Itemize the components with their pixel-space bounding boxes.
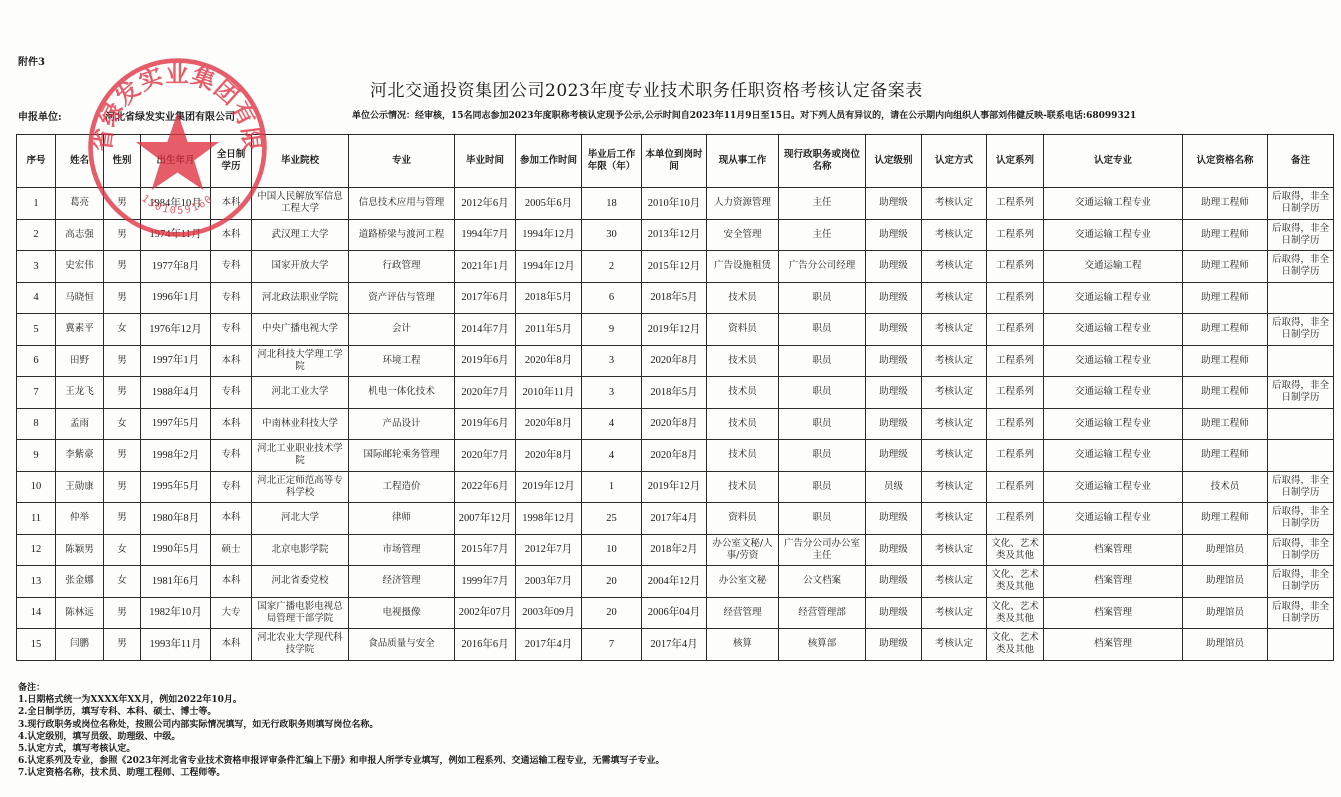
table-cell: 助理级 <box>866 503 922 535</box>
table-cell: 30 <box>582 219 642 251</box>
column-header: 认定系列 <box>987 135 1044 188</box>
table-cell: 1 <box>582 471 642 503</box>
table-cell: 道路桥梁与渡河工程 <box>349 219 455 251</box>
table-cell: 助理级 <box>866 534 922 566</box>
table-cell: 助理馆员 <box>1183 629 1268 661</box>
table-cell: 北京电影学院 <box>252 534 349 566</box>
table-cell: 国家开放大学 <box>252 251 349 283</box>
table-cell: 助理工程师 <box>1183 377 1268 409</box>
table-cell: 河北工业大学 <box>252 377 349 409</box>
table-cell: 工程造价 <box>349 471 455 503</box>
table-cell: 3 <box>582 345 642 377</box>
table-cell: 1993年11月 <box>141 629 211 661</box>
table-cell: 会计 <box>349 314 455 346</box>
remarks-heading: 备注： <box>18 682 664 694</box>
table-cell: 助理级 <box>866 408 922 440</box>
table-cell: 2006年04月 <box>642 597 707 629</box>
table-cell: 后取得，非全日制学历 <box>1268 534 1334 566</box>
table-cell: 2017年4月 <box>642 629 707 661</box>
table-cell: 本科 <box>211 503 252 535</box>
table-cell: 助理级 <box>866 566 922 598</box>
table-cell: 男 <box>104 597 141 629</box>
table-cell: 1976年12月 <box>141 314 211 346</box>
table-cell: 男 <box>104 188 141 220</box>
table-cell: 文化、艺术类及其他 <box>987 534 1044 566</box>
table-cell: 河北正定师范高等专科学校 <box>252 471 349 503</box>
table-cell: 2015年12月 <box>642 251 707 283</box>
table-cell: 交通运输工程专业 <box>1044 219 1183 251</box>
table-cell: 员级 <box>866 471 922 503</box>
table-cell: 核算 <box>707 629 779 661</box>
table-cell: 2011年5月 <box>516 314 582 346</box>
table-cell: 交通运输工程专业 <box>1044 282 1183 314</box>
table-cell: 职员 <box>779 377 866 409</box>
table-cell: 信息技术应用与管理 <box>349 188 455 220</box>
table-cell: 后取得，非全日制学历 <box>1268 188 1334 220</box>
table-cell: 考核认定 <box>922 377 987 409</box>
table-cell: 河北科技大学理工学院 <box>252 345 349 377</box>
table-cell: 1995年5月 <box>141 471 211 503</box>
table-cell: 2022年6月 <box>455 471 516 503</box>
remark-item: 2.全日制学历，填写专科、本科、硕士、博士等。 <box>18 706 664 718</box>
table-cell: 张金娜 <box>56 566 104 598</box>
remark-item: 7.认定资格名称，技术员、助理工程师、工程师等。 <box>18 767 664 779</box>
table-cell: 广告分公司经理 <box>779 251 866 283</box>
table-cell: 9 <box>17 440 56 472</box>
column-header: 毕业后工作年限（年） <box>582 135 642 188</box>
filing-table: 序号姓名性别出生年月全日制学历毕业院校专业毕业时间参加工作时间毕业后工作年限（年… <box>16 134 1334 661</box>
table-cell: 1998年12月 <box>516 503 582 535</box>
table-cell: 2007年12月 <box>455 503 516 535</box>
table-cell: 技术员 <box>707 471 779 503</box>
table-cell: 助理级 <box>866 188 922 220</box>
table-cell: 男 <box>104 471 141 503</box>
table-cell: 孟雨 <box>56 408 104 440</box>
table-cell: 女 <box>104 408 141 440</box>
table-cell: 2020年8月 <box>516 345 582 377</box>
table-cell: 交通运输工程专业 <box>1044 471 1183 503</box>
table-cell: 2018年5月 <box>642 282 707 314</box>
table-cell: 5 <box>17 314 56 346</box>
table-cell: 助理工程师 <box>1183 408 1268 440</box>
table-cell: 2017年4月 <box>516 629 582 661</box>
table-cell: 2005年6月 <box>516 188 582 220</box>
table-cell: 后取得，非全日制学历 <box>1268 219 1334 251</box>
table-cell: 葛亮 <box>56 188 104 220</box>
table-cell: 考核认定 <box>922 440 987 472</box>
table-cell: 考核认定 <box>922 597 987 629</box>
table-cell: 2 <box>582 251 642 283</box>
table-cell: 工程系列 <box>987 345 1044 377</box>
table-cell: 助理级 <box>866 282 922 314</box>
table-cell: 广告设施租赁 <box>707 251 779 283</box>
table-cell: 2020年7月 <box>455 440 516 472</box>
table-cell: 文化、艺术类及其他 <box>987 629 1044 661</box>
table-cell: 10 <box>582 534 642 566</box>
table-cell: 经营管理部 <box>779 597 866 629</box>
table-cell: 2012年6月 <box>455 188 516 220</box>
column-header: 序号 <box>17 135 56 188</box>
public-notice: 单位公示情况：经审核，15名同志参加2023年度职称考核认定现予公示,公示时间自… <box>352 108 1136 121</box>
remark-item: 1.日期格式统一为XXXX年XX月，例如2022年10月。 <box>18 694 664 706</box>
table-cell: 后取得，非全日制学历 <box>1268 566 1334 598</box>
column-header: 认定资格名称 <box>1183 135 1268 188</box>
table-cell <box>1268 345 1334 377</box>
table-cell: 工程系列 <box>987 282 1044 314</box>
table-cell: 国家广播电影电视总局管理干部学院 <box>252 597 349 629</box>
table-cell <box>1268 440 1334 472</box>
table-cell: 助理级 <box>866 219 922 251</box>
table-cell: 2010年10月 <box>642 188 707 220</box>
table-cell: 1980年8月 <box>141 503 211 535</box>
table-cell: 1994年12月 <box>516 219 582 251</box>
table-cell: 考核认定 <box>922 282 987 314</box>
table-cell: 主任 <box>779 188 866 220</box>
table-cell: 技术员 <box>707 440 779 472</box>
table-cell: 河北农业大学现代科技学院 <box>252 629 349 661</box>
table-cell: 行政管理 <box>349 251 455 283</box>
table-cell: 律师 <box>349 503 455 535</box>
table-cell: 后取得，非全日制学历 <box>1268 503 1334 535</box>
table-cell: 考核认定 <box>922 251 987 283</box>
table-cell: 男 <box>104 629 141 661</box>
document-title: 河北交通投资集团公司2023年度专业技术职务任职资格考核认定备案表 <box>370 76 923 101</box>
table-cell: 马晓恒 <box>56 282 104 314</box>
table-cell: 1988年4月 <box>141 377 211 409</box>
table-row: 8孟雨女1997年5月本科中南林业科技大学产品设计2019年6月2020年8月4… <box>17 408 1334 440</box>
table-cell: 8 <box>17 408 56 440</box>
table-cell: 交通运输工程专业 <box>1044 377 1183 409</box>
table-cell: 工程系列 <box>987 219 1044 251</box>
table-cell: 考核认定 <box>922 188 987 220</box>
table-cell: 助理馆员 <box>1183 534 1268 566</box>
table-cell: 2020年8月 <box>516 440 582 472</box>
table-cell: 3 <box>582 377 642 409</box>
table-cell: 考核认定 <box>922 314 987 346</box>
column-header: 专业 <box>349 135 455 188</box>
table-cell: 后取得，非全日制学历 <box>1268 251 1334 283</box>
attachment-label: 附件3 <box>18 53 45 68</box>
table-cell: 助理工程师 <box>1183 219 1268 251</box>
table-cell: 9 <box>582 314 642 346</box>
table-row: 6田野男1997年1月本科河北科技大学理工学院环境工程2019年6月2020年8… <box>17 345 1334 377</box>
column-header: 性别 <box>104 135 141 188</box>
table-cell: 2 <box>17 219 56 251</box>
table-cell: 专科 <box>211 282 252 314</box>
table-row: 14陈林远男1982年10月大专国家广播电影电视总局管理干部学院电视摄像2002… <box>17 597 1334 629</box>
table-row: 9李紫豪男1998年2月专科河北工业职业技术学院国际邮轮乘务管理2020年7月2… <box>17 440 1334 472</box>
column-header: 认定专业 <box>1044 135 1183 188</box>
table-cell: 中央广播电视大学 <box>252 314 349 346</box>
table-cell: 职员 <box>779 345 866 377</box>
table-cell: 2017年6月 <box>455 282 516 314</box>
table-cell: 1994年7月 <box>455 219 516 251</box>
table-cell: 专科 <box>211 377 252 409</box>
table-cell: 档案管理 <box>1044 534 1183 566</box>
table-row: 2高志强男1974年11月本科武汉理工大学道路桥梁与渡河工程1994年7月199… <box>17 219 1334 251</box>
table-cell: 经济管理 <box>349 566 455 598</box>
table-cell: 机电一体化技术 <box>349 377 455 409</box>
table-cell: 本科 <box>211 408 252 440</box>
table-cell: 18 <box>582 188 642 220</box>
table-cell: 考核认定 <box>922 503 987 535</box>
table-cell: 15 <box>17 629 56 661</box>
table-cell: 2020年8月 <box>642 440 707 472</box>
table-cell: 助理级 <box>866 314 922 346</box>
table-cell: 男 <box>104 377 141 409</box>
table-cell: 1982年10月 <box>141 597 211 629</box>
table-cell: 陈颖男 <box>56 534 104 566</box>
table-cell: 交通运输工程专业 <box>1044 314 1183 346</box>
table-cell: 工程系列 <box>987 503 1044 535</box>
table-cell: 档案管理 <box>1044 629 1183 661</box>
table-cell: 产品设计 <box>349 408 455 440</box>
table-cell: 女 <box>104 566 141 598</box>
table-cell: 2019年12月 <box>642 471 707 503</box>
table-cell: 2017年4月 <box>642 503 707 535</box>
column-header: 认定级别 <box>866 135 922 188</box>
table-cell: 资料员 <box>707 503 779 535</box>
table-cell: 后取得，非全日制学历 <box>1268 314 1334 346</box>
table-cell: 2002年07月 <box>455 597 516 629</box>
table-cell: 工程系列 <box>987 188 1044 220</box>
remarks: 备注： 1.日期格式统一为XXXX年XX月，例如2022年10月。2.全日制学历… <box>18 682 664 780</box>
table-cell: 2018年5月 <box>642 377 707 409</box>
table-row: 15闫鹏男1993年11月本科河北农业大学现代科技学院食品质量与安全2016年6… <box>17 629 1334 661</box>
table-row: 12陈颖男女1990年5月硕士北京电影学院市场管理2015年7月2012年7月1… <box>17 534 1334 566</box>
table-cell: 12 <box>17 534 56 566</box>
table-row: 13张金娜女1981年6月本科河北省委党校经济管理1999年7月2003年7月2… <box>17 566 1334 598</box>
table-cell: 核算部 <box>779 629 866 661</box>
table-cell: 7 <box>582 629 642 661</box>
table-cell: 助理工程师 <box>1183 314 1268 346</box>
table-cell: 考核认定 <box>922 534 987 566</box>
table-cell: 2020年8月 <box>642 345 707 377</box>
table-cell: 中国人民解放军信息工程大学 <box>252 188 349 220</box>
table-cell: 助理馆员 <box>1183 566 1268 598</box>
table-cell: 工程系列 <box>987 377 1044 409</box>
applicant-unit-value: 河北省绿发实业集团有限公司 <box>105 108 235 123</box>
table-cell: 职员 <box>779 282 866 314</box>
table-cell: 工程系列 <box>987 314 1044 346</box>
table-cell: 2015年7月 <box>455 534 516 566</box>
table-cell: 11 <box>17 503 56 535</box>
table-cell: 交通运输工程专业 <box>1044 345 1183 377</box>
table-cell: 工程系列 <box>987 408 1044 440</box>
table-body: 1葛亮男1984年10月本科中国人民解放军信息工程大学信息技术应用与管理2012… <box>17 188 1334 661</box>
table-cell: 交通运输工程 <box>1044 251 1183 283</box>
table-cell: 河北大学 <box>252 503 349 535</box>
table-cell: 1997年5月 <box>141 408 211 440</box>
table-cell: 1998年2月 <box>141 440 211 472</box>
table-header: 序号姓名性别出生年月全日制学历毕业院校专业毕业时间参加工作时间毕业后工作年限（年… <box>17 135 1334 188</box>
table-cell: 文化、艺术类及其他 <box>987 597 1044 629</box>
table-cell: 男 <box>104 503 141 535</box>
table-cell: 中南林业科技大学 <box>252 408 349 440</box>
table-cell: 2014年7月 <box>455 314 516 346</box>
table-cell: 本科 <box>211 188 252 220</box>
table-cell: 2012年7月 <box>516 534 582 566</box>
table-cell: 高志强 <box>56 219 104 251</box>
table-cell: 1999年7月 <box>455 566 516 598</box>
table-cell: 2018年5月 <box>516 282 582 314</box>
table-cell: 助理级 <box>866 345 922 377</box>
table-cell: 20 <box>582 566 642 598</box>
table-cell: 6 <box>582 282 642 314</box>
table-cell: 环境工程 <box>349 345 455 377</box>
table-cell: 河北工业职业技术学院 <box>252 440 349 472</box>
table-cell: 1994年12月 <box>516 251 582 283</box>
table-cell: 工程系列 <box>987 471 1044 503</box>
table-cell: 7 <box>17 377 56 409</box>
table-cell: 本科 <box>211 566 252 598</box>
table-cell: 男 <box>104 282 141 314</box>
table-cell: 考核认定 <box>922 629 987 661</box>
table-cell: 助理馆员 <box>1183 597 1268 629</box>
table-cell: 2010年11月 <box>516 377 582 409</box>
table-cell: 工程系列 <box>987 440 1044 472</box>
table-cell: 技术员 <box>707 377 779 409</box>
table-cell: 助理工程师 <box>1183 188 1268 220</box>
table-row: 11仲举男1980年8月本科河北大学律师2007年12月1998年12月2520… <box>17 503 1334 535</box>
column-header: 现行政职务或岗位名称 <box>779 135 866 188</box>
table-cell: 助理级 <box>866 629 922 661</box>
table-cell: 技术员 <box>707 345 779 377</box>
table-cell: 2013年12月 <box>642 219 707 251</box>
table-cell: 专科 <box>211 471 252 503</box>
table-cell: 专科 <box>211 440 252 472</box>
table-cell: 本科 <box>211 345 252 377</box>
table-cell: 技术员 <box>1183 471 1268 503</box>
column-header: 毕业时间 <box>455 135 516 188</box>
table-row: 7王龙飞男1988年4月专科河北工业大学机电一体化技术2020年7月2010年1… <box>17 377 1334 409</box>
table-cell: 考核认定 <box>922 471 987 503</box>
table-cell: 闫鹏 <box>56 629 104 661</box>
table-cell: 2016年6月 <box>455 629 516 661</box>
column-header: 现从事工作 <box>707 135 779 188</box>
table-cell: 职员 <box>779 471 866 503</box>
applicant-unit-label: 申报单位: <box>18 108 62 123</box>
remark-item: 4.认定级别，填写员级、助理级、中级。 <box>18 731 664 743</box>
table-cell: 职员 <box>779 503 866 535</box>
table-cell: 本科 <box>211 219 252 251</box>
table-cell: 电视摄像 <box>349 597 455 629</box>
table-cell: 后取得，非全日制学历 <box>1268 597 1334 629</box>
table-cell: 考核认定 <box>922 566 987 598</box>
table-cell: 2019年12月 <box>516 471 582 503</box>
table-cell: 4 <box>582 408 642 440</box>
table-cell: 助理级 <box>866 440 922 472</box>
table-cell: 档案管理 <box>1044 597 1183 629</box>
table-cell: 考核认定 <box>922 345 987 377</box>
table-cell: 职员 <box>779 314 866 346</box>
table-cell: 公文档案 <box>779 566 866 598</box>
table-cell: 经营管理 <box>707 597 779 629</box>
table-cell: 后取得，非全日制学历 <box>1268 377 1334 409</box>
table-row: 10王勋康男1995年5月专科河北正定师范高等专科学校工程造价2022年6月20… <box>17 471 1334 503</box>
table-cell: 资产评估与管理 <box>349 282 455 314</box>
table-cell: 工程系列 <box>987 251 1044 283</box>
table-cell: 武汉理工大学 <box>252 219 349 251</box>
remark-item: 3.现行政职务或岗位名称处，按照公司内部实际情况填写，如无行政职务则填写岗位名称… <box>18 719 664 731</box>
table-cell: 大专 <box>211 597 252 629</box>
table-cell: 助理工程师 <box>1183 282 1268 314</box>
table-cell: 助理工程师 <box>1183 251 1268 283</box>
table-cell: 助理级 <box>866 377 922 409</box>
table-cell: 职员 <box>779 408 866 440</box>
table-cell: 3 <box>17 251 56 283</box>
table-cell: 男 <box>104 345 141 377</box>
table-cell: 技术员 <box>707 408 779 440</box>
column-header: 认定方式 <box>922 135 987 188</box>
table-cell: 后取得，非全日制学历 <box>1268 471 1334 503</box>
table-cell: 14 <box>17 597 56 629</box>
remark-item: 5.认定方式，填写考核认定。 <box>18 743 664 755</box>
table-cell: 食品质量与安全 <box>349 629 455 661</box>
table-cell: 男 <box>104 219 141 251</box>
column-header: 全日制学历 <box>211 135 252 188</box>
table-cell: 李紫豪 <box>56 440 104 472</box>
table-cell: 1984年10月 <box>141 188 211 220</box>
table-cell: 1977年8月 <box>141 251 211 283</box>
table-cell: 文化、艺术类及其他 <box>987 566 1044 598</box>
remark-item: 6.认定系列及专业，参照《2023年河北省专业技术资格申报评审条件汇编上下册》和… <box>18 755 664 767</box>
table-cell: 专科 <box>211 314 252 346</box>
table-cell: 资料员 <box>707 314 779 346</box>
table-cell: 硕士 <box>211 534 252 566</box>
table-cell: 2018年2月 <box>642 534 707 566</box>
table-cell: 1 <box>17 188 56 220</box>
table-cell: 助理工程师 <box>1183 503 1268 535</box>
table-row: 4马晓恒男1996年1月专科河北政法职业学院资产评估与管理2017年6月2018… <box>17 282 1334 314</box>
table-row: 1葛亮男1984年10月本科中国人民解放军信息工程大学信息技术应用与管理2012… <box>17 188 1334 220</box>
table-cell: 10 <box>17 471 56 503</box>
table-cell: 2020年7月 <box>455 377 516 409</box>
table-cell: 2019年6月 <box>455 408 516 440</box>
column-header: 姓名 <box>56 135 104 188</box>
table-cell: 6 <box>17 345 56 377</box>
table-cell: 河北政法职业学院 <box>252 282 349 314</box>
table-cell: 办公室文秘 <box>707 566 779 598</box>
table-cell <box>1268 408 1334 440</box>
table-row: 3史宏伟男1977年8月专科国家开放大学行政管理2021年1月1994年12月2… <box>17 251 1334 283</box>
table-cell: 4 <box>17 282 56 314</box>
table-cell: 助理级 <box>866 251 922 283</box>
table-cell: 1997年1月 <box>141 345 211 377</box>
table-cell: 职员 <box>779 440 866 472</box>
table-cell: 陈林远 <box>56 597 104 629</box>
table-cell: 助理工程师 <box>1183 345 1268 377</box>
table-cell: 2020年8月 <box>516 408 582 440</box>
table-cell: 女 <box>104 534 141 566</box>
table-cell: 2004年12月 <box>642 566 707 598</box>
table-cell: 办公室文秘/人事/劳资 <box>707 534 779 566</box>
table-cell: 2019年12月 <box>642 314 707 346</box>
table-cell: 广告分公司办公室主任 <box>779 534 866 566</box>
column-header: 备注 <box>1268 135 1334 188</box>
table-cell: 档案管理 <box>1044 566 1183 598</box>
table-cell: 考核认定 <box>922 408 987 440</box>
table-cell: 考核认定 <box>922 219 987 251</box>
table-cell: 助理级 <box>866 597 922 629</box>
table-cell: 25 <box>582 503 642 535</box>
table-cell: 男 <box>104 440 141 472</box>
table-cell: 交通运输工程专业 <box>1044 440 1183 472</box>
table-cell: 冀素平 <box>56 314 104 346</box>
table-cell: 仲举 <box>56 503 104 535</box>
table-cell: 1990年5月 <box>141 534 211 566</box>
table-cell: 王龙飞 <box>56 377 104 409</box>
